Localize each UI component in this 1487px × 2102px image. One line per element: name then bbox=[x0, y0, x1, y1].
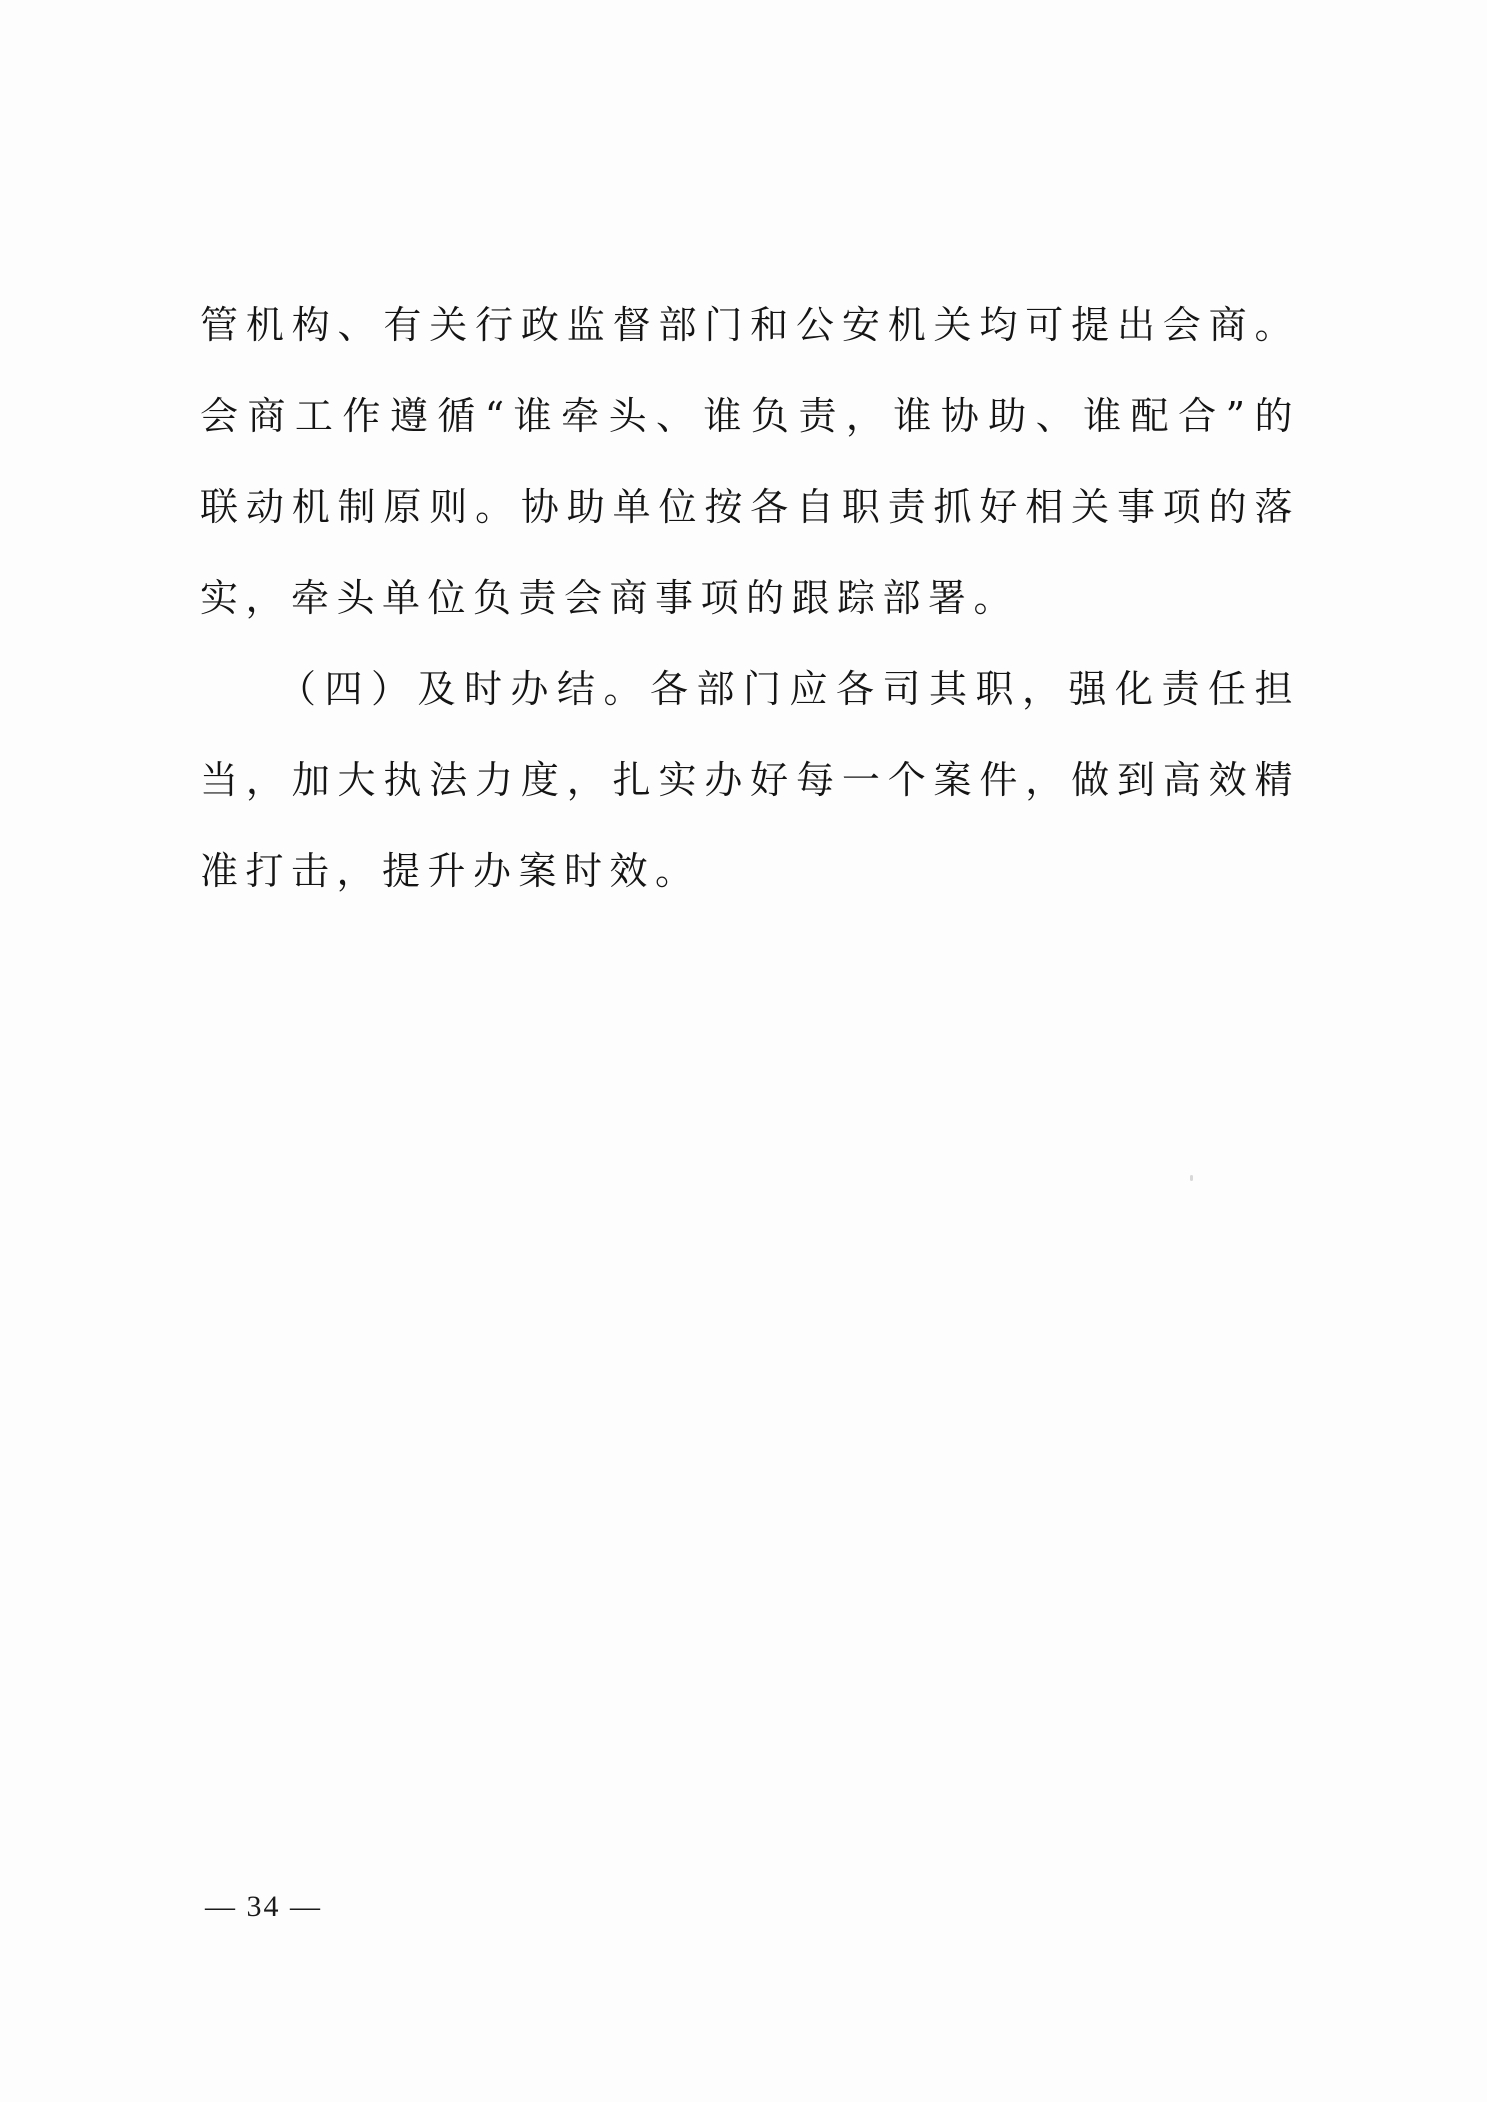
page-number: — 34 — bbox=[205, 1890, 322, 1924]
body-text: 管机构、有关行政监督部门和公安机关均可提出会商。会商工作遵循“谁牵头、谁负责，谁… bbox=[200, 280, 1300, 917]
scan-speck bbox=[1190, 1175, 1193, 1181]
document-page: 管机构、有关行政监督部门和公安机关均可提出会商。会商工作遵循“谁牵头、谁负责，谁… bbox=[0, 0, 1487, 2102]
paragraph-timely-closure: （四）及时办结。各部门应各司其职，强化责任担当，加大执法力度，扎实办好每一个案件… bbox=[200, 644, 1300, 917]
paragraph-coordination-mechanism: 管机构、有关行政监督部门和公安机关均可提出会商。会商工作遵循“谁牵头、谁负责，谁… bbox=[200, 280, 1300, 644]
